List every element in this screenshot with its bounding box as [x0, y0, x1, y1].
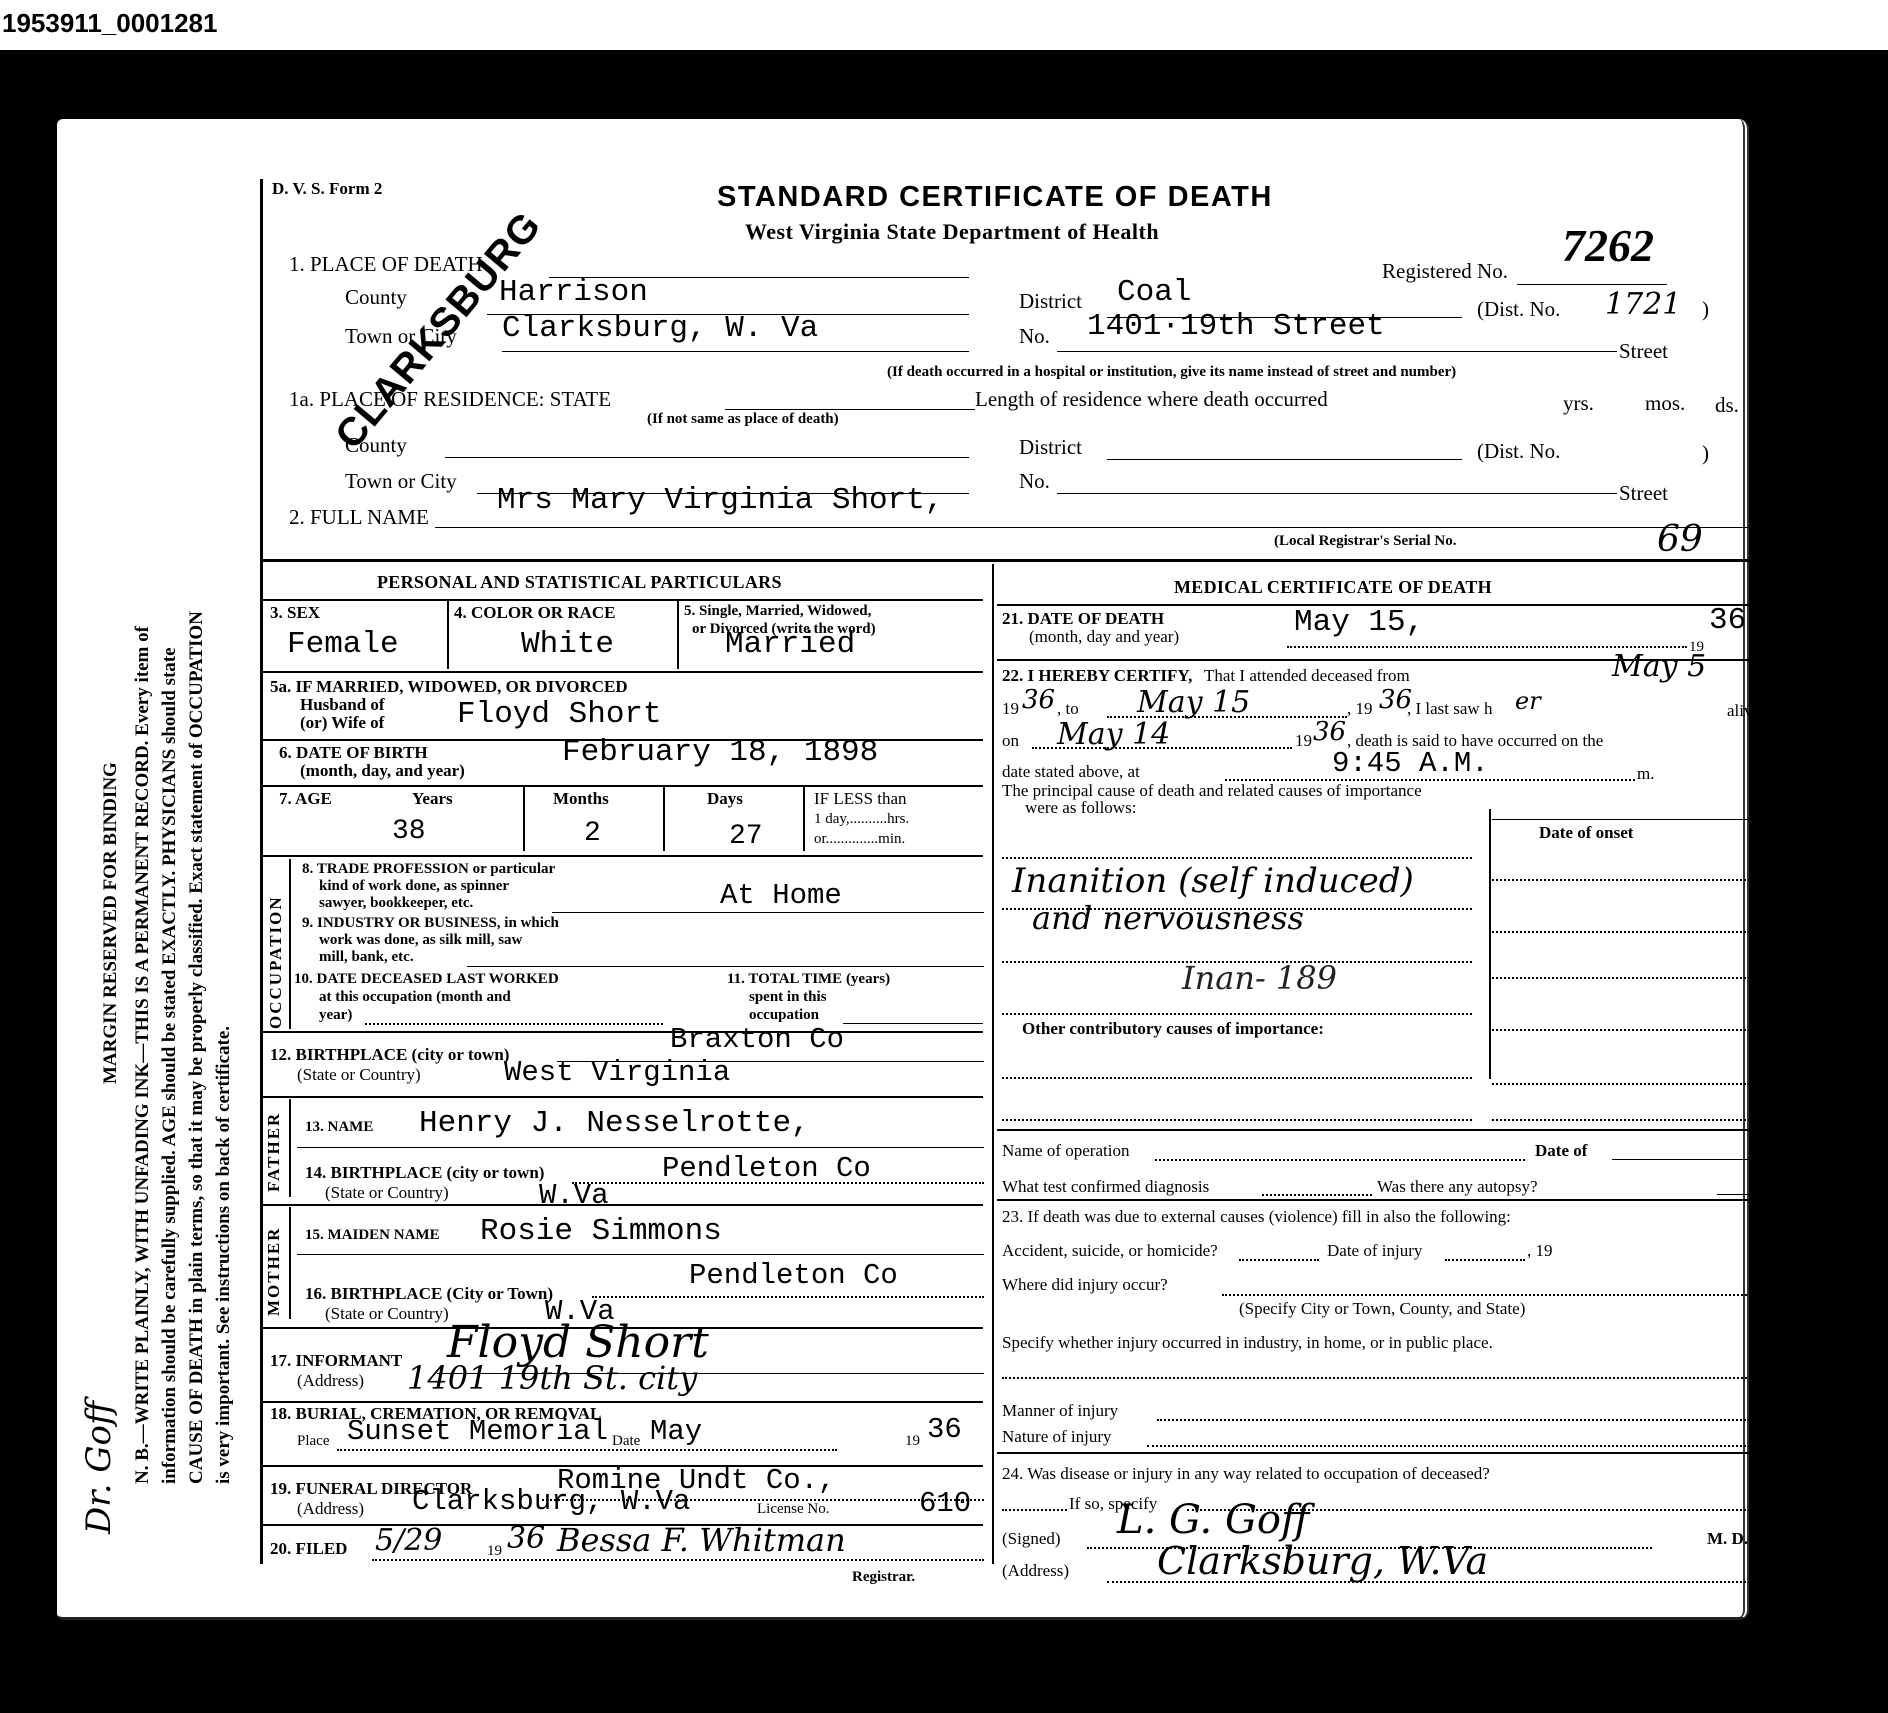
spouse-value[interactable]: Floyd Short: [457, 697, 662, 732]
last-worked-label-1: 10. DATE DECEASED LAST WORKED: [294, 971, 559, 988]
spouse-heading: 5a. IF MARRIED, WIDOWED, OR DIVORCED: [270, 677, 628, 697]
age-less-label-3: or..............min.: [814, 831, 905, 848]
residence-mos: mos.: [1645, 391, 1685, 416]
row-rule-3: [263, 785, 983, 787]
age-years-label: Years: [412, 789, 453, 809]
manner-label: Manner of injury: [1002, 1401, 1118, 1421]
trade-label-1: 8. TRADE PROFESSION or particular: [302, 861, 555, 878]
dob-value[interactable]: February 18, 1898: [562, 735, 878, 770]
age-divider-2: [663, 787, 665, 851]
accident-label: Accident, suicide, or homicide?: [1002, 1241, 1218, 1261]
dod-line: [1287, 646, 1687, 648]
onset-line-1: [1492, 879, 1782, 881]
full-name-label: 2. FULL NAME: [289, 505, 429, 530]
spouse-label-1: Husband of: [300, 695, 385, 715]
pod-street-value[interactable]: 1401·19th Street: [1087, 309, 1385, 344]
funeral-license-label: License No.: [757, 1501, 829, 1518]
cert-line2-19a: 19: [1002, 699, 1019, 719]
certify-text: That I attended deceased from: [1204, 666, 1410, 686]
medical-row-rule-2: [997, 1129, 1782, 1131]
other-cause-line-2: [1002, 1119, 1472, 1121]
mother-maiden-value[interactable]: Rosie Simmons: [480, 1214, 722, 1249]
injury-date-line: [1445, 1259, 1525, 1261]
filed-date[interactable]: 5/29: [375, 1523, 442, 1558]
age-label: 7. AGE: [279, 789, 332, 809]
birthplace-label: 12. BIRTHPLACE (city or town): [270, 1045, 509, 1065]
onset-label: Date of onset: [1539, 823, 1633, 843]
last-worked-label-3: year): [319, 1007, 352, 1024]
father-birthplace-state[interactable]: W.Va: [539, 1179, 609, 1212]
burial-year-value[interactable]: 36: [927, 1413, 962, 1446]
row-rule-5: [263, 1031, 983, 1033]
trade-value[interactable]: At Home: [720, 879, 842, 912]
residence-dist-no-close: ): [1702, 441, 1709, 466]
onset-column-rule: [1489, 809, 1491, 1079]
residence-county-label: County: [345, 433, 407, 458]
father-name-value[interactable]: Henry J. Nesselrotte,: [419, 1106, 810, 1141]
test-line: [1262, 1194, 1372, 1196]
burial-place-value[interactable]: Sunset Memorial: [347, 1415, 608, 1448]
sex-race-divider: [447, 601, 449, 669]
form-title: STANDARD CERTIFICATE OF DEATH: [717, 181, 1273, 214]
nature-line: [1147, 1445, 1762, 1447]
residence-town-label: Town or City: [345, 469, 457, 494]
pod-town-label: Town or City: [345, 324, 457, 349]
industry-line: [467, 966, 984, 967]
residence-no-line: [1057, 493, 1617, 494]
pod-street-line: [1057, 351, 1617, 352]
pod-county-value[interactable]: Harrison: [499, 275, 648, 310]
trade-label-2: kind of work done, as spinner: [319, 878, 509, 895]
certify-label: 22. I HEREBY CERTIFY,: [1002, 666, 1192, 686]
personal-heading-rule: [263, 599, 983, 601]
autopsy-label: Was there any autopsy?: [1377, 1177, 1538, 1197]
informant-address[interactable]: 1401 19th St. city: [407, 1359, 697, 1397]
autopsy-line: [1717, 1194, 1762, 1195]
funeral-address[interactable]: Clarksburg, W.Va: [412, 1485, 690, 1518]
registered-no-label: Registered No.: [1382, 259, 1508, 284]
burial-place-label: Place: [297, 1433, 329, 1450]
father-birthplace-sub: (State or Country): [325, 1183, 449, 1203]
burial-date-value[interactable]: May: [650, 1415, 702, 1448]
race-marital-divider: [677, 601, 679, 669]
filed-year[interactable]: 36: [507, 1521, 545, 1556]
burial-place-line: [337, 1449, 837, 1451]
pod-dist-no-label: (Dist. No.: [1477, 297, 1560, 322]
residence-note: (If not same as place of death): [647, 411, 839, 428]
funeral-address-label: (Address): [297, 1499, 364, 1519]
serial-no-value[interactable]: 69: [1657, 519, 1703, 560]
document-id: 1953911_0001281: [2, 8, 217, 39]
mother-birthplace-label: 16. BIRTHPLACE (City or Town): [305, 1284, 553, 1304]
father-name-line: [297, 1147, 984, 1148]
total-time-label-1: 11. TOTAL TIME (years): [727, 971, 890, 988]
onset-line-4: [1492, 1029, 1782, 1031]
attended-from[interactable]: May 5: [1612, 649, 1706, 684]
marital-value[interactable]: Married: [725, 627, 855, 662]
industry-label-2: work was done, as silk mill, saw: [319, 932, 522, 949]
mother-maiden-label: 15. MAIDEN NAME: [305, 1227, 440, 1244]
signed-label: (Signed): [1002, 1529, 1061, 1549]
dod-value[interactable]: May 15,: [1294, 605, 1424, 640]
sex-label: 3. SEX: [270, 603, 320, 623]
burial-year-prefix: 19: [905, 1433, 920, 1450]
full-name-value[interactable]: Mrs Mary Virginia Short,: [497, 483, 943, 518]
row-rule-9: [263, 1401, 983, 1403]
last-saw-year[interactable]: 36: [1313, 717, 1346, 747]
age-days-value[interactable]: 27: [729, 821, 763, 852]
total-time-line: [843, 1023, 983, 1024]
occupation-side-label: OCCUPATION: [266, 895, 286, 1029]
sex-value[interactable]: Female: [287, 627, 399, 662]
cause-line-2-value[interactable]: and nervousness: [1032, 899, 1304, 937]
injury-date-label: Date of injury: [1327, 1241, 1422, 1261]
margin-instruction-line-3: CAUSE OF DEATH in plain terms, so that i…: [186, 611, 208, 1484]
full-name-line: [435, 527, 1780, 528]
age-divider-3: [803, 787, 805, 851]
last-saw-label: , I last saw h: [1407, 699, 1492, 719]
birthplace-city-value[interactable]: Braxton Co: [670, 1023, 844, 1056]
total-time-label-3: occupation: [749, 1007, 819, 1024]
form-code: D. V. S. Form 2: [272, 179, 382, 199]
pod-hospital-note: (If death occurred in a hospital or inst…: [887, 364, 1456, 381]
birthplace-state-value[interactable]: West Virginia: [504, 1056, 730, 1089]
md-label: M. D.: [1707, 1529, 1748, 1549]
pod-town-value[interactable]: Clarksburg, W. Va: [502, 311, 818, 346]
row-rule-6: [263, 1096, 983, 1098]
registered-no-line: [1517, 284, 1667, 285]
occupation-side-rule: [289, 859, 291, 1029]
operation-line: [1155, 1159, 1525, 1161]
pod-district-label: District: [1019, 289, 1082, 314]
residence-district-line: [1107, 459, 1462, 460]
nature-label: Nature of injury: [1002, 1427, 1112, 1447]
informant-address-label: (Address): [297, 1371, 364, 1391]
mother-maiden-line: [297, 1254, 984, 1255]
physician-address-label: (Address): [1002, 1561, 1069, 1581]
manner-line: [1157, 1419, 1762, 1421]
margin-annotation: Dr. Goff: [79, 1401, 119, 1534]
serial-no-label: (Local Registrar's Serial No.: [1274, 533, 1456, 550]
filed-line: [372, 1559, 984, 1561]
row-rule-4: [263, 855, 983, 857]
operation-date-line: [1612, 1159, 1762, 1160]
dod-label: 21. DATE OF DEATH: [1002, 609, 1164, 629]
personal-heading: PERSONAL AND STATISTICAL PARTICULARS: [377, 572, 782, 593]
specify-line: [1002, 1377, 1762, 1379]
residence-county-line: [445, 457, 969, 458]
race-value[interactable]: White: [521, 627, 614, 662]
physician-address: Clarksburg, W.Va: [1157, 1539, 1488, 1583]
race-label: 4. COLOR OR RACE: [454, 603, 616, 623]
trade-label-3: sawyer, bookkeeper, etc.: [319, 895, 473, 912]
industry-label-3: mill, bank, etc.: [319, 949, 414, 966]
residence-state-line: [725, 409, 975, 410]
margin-instruction-line-1: N. B.—WRITE PLAINLY, WITH UNFADING INK—T…: [132, 626, 154, 1484]
age-months-value[interactable]: 2: [584, 818, 601, 849]
form-left-border: [260, 179, 263, 1564]
registrar-signature: Bessa F. Whitman: [557, 1521, 846, 1559]
onset-line-5: [1492, 1083, 1782, 1085]
spouse-label-2: (or) Wife of: [300, 713, 384, 733]
age-months-label: Months: [553, 789, 609, 809]
physician-address-line: [1107, 1581, 1762, 1583]
pod-county-label: County: [345, 285, 407, 310]
specify-label: Specify whether injury occurred in indus…: [1002, 1333, 1493, 1353]
dod-year[interactable]: 36: [1709, 603, 1746, 638]
cause-line-1-value[interactable]: Inanition (self induced): [1012, 861, 1414, 901]
last-saw-pronoun[interactable]: er: [1515, 687, 1541, 715]
dob-label: 6. DATE OF BIRTH: [279, 743, 428, 763]
place-of-death-label: 1. PLACE OF DEATH: [289, 252, 483, 277]
medical-heading: MEDICAL CERTIFICATE OF DEATH: [1174, 577, 1492, 598]
last-worked-label-2: at this occupation (month and: [319, 989, 511, 1006]
death-certificate-page: MARGIN RESERVED FOR BINDING N. B.—WRITE …: [57, 119, 1749, 1620]
pod-dist-no-close: ): [1702, 297, 1709, 322]
trade-line: [552, 912, 984, 913]
cause-code: Inan- 189: [1182, 959, 1337, 997]
pod-street-label: Street: [1619, 339, 1668, 364]
physician-signature: L. G. Goff: [1117, 1497, 1309, 1543]
external-label: 23. If death was due to external causes …: [1002, 1207, 1511, 1227]
residence-length-label: Length of residence where death occurred: [975, 387, 1328, 412]
mother-birthplace-sub: (State or Country): [325, 1304, 449, 1324]
residence-label: 1a. PLACE OF RESIDENCE: STATE: [289, 387, 611, 412]
margin-instruction-line-2: information should be carefully supplied…: [159, 647, 181, 1484]
informant-label: 17. INFORMANT: [270, 1351, 402, 1371]
father-birthplace-city[interactable]: Pendleton Co: [662, 1152, 871, 1185]
where-line: [1222, 1294, 1762, 1296]
cause-line-4: [1002, 1013, 1472, 1015]
age-days-label: Days: [707, 789, 743, 809]
cause-line-1: [1002, 857, 1472, 859]
dob-sub-label: (month, day, and year): [300, 761, 465, 781]
cert-to-label: , to: [1057, 699, 1079, 719]
residence-ds: ds.: [1715, 393, 1739, 418]
mother-side-label: MOTHER: [264, 1227, 284, 1316]
attended-to[interactable]: May 15: [1137, 685, 1250, 720]
where-label: Where did injury occur?: [1002, 1275, 1168, 1295]
registered-number: 7262: [1562, 219, 1654, 272]
serial-no-close: ): [1767, 531, 1774, 556]
medical-row-rule-4: [997, 1452, 1782, 1454]
filed-label: 20. FILED: [270, 1539, 347, 1559]
pod-no-label: No.: [1019, 324, 1050, 349]
mother-side-rule: [289, 1207, 291, 1319]
time-suffix: m.: [1637, 764, 1654, 784]
age-less-label-1: IF LESS than: [814, 789, 907, 809]
attended-from-year[interactable]: 36: [1022, 685, 1055, 715]
filed-year-prefix: 19: [487, 1543, 502, 1560]
cert-line3-19: 19: [1295, 731, 1312, 751]
operation-label: Name of operation: [1002, 1141, 1129, 1161]
total-time-label-2: spent in this: [749, 989, 827, 1006]
alive-label: alive: [1727, 701, 1760, 721]
occ-related-answer-line: [1002, 1509, 1067, 1511]
residence-street-label: Street: [1619, 481, 1668, 506]
birthplace-sub-label: (State or Country): [297, 1065, 421, 1085]
burial-date-label: Date: [612, 1433, 640, 1450]
industry-label-1: 9. INDUSTRY OR BUSINESS, in which: [302, 915, 559, 932]
residence-district-label: District: [1019, 435, 1082, 460]
age-divider-1: [523, 787, 525, 851]
injury-year-label: , 19: [1527, 1241, 1553, 1261]
father-birthplace-label: 14. BIRTHPLACE (city or town): [305, 1163, 544, 1183]
residence-dist-no-label: (Dist. No.: [1477, 439, 1560, 464]
age-years-value[interactable]: 38: [392, 816, 426, 847]
dod-sub-label: (month, day and year): [1029, 627, 1179, 647]
father-birthplace-line: [572, 1182, 984, 1184]
row-rule-7: [263, 1204, 983, 1206]
father-name-label: 13. NAME: [305, 1119, 373, 1136]
marital-label: 5. Single, Married, Widowed,: [684, 603, 871, 620]
operation-date-label: Date of: [1535, 1141, 1587, 1161]
other-cause-line-1: [1002, 1077, 1472, 1079]
image-header-bar: 1953911_0001281: [0, 0, 1888, 50]
father-side-rule: [289, 1099, 291, 1197]
pod-town-line: [502, 351, 969, 352]
margin-instruction-line-4: is very important. See instructions on b…: [213, 1026, 235, 1484]
father-side-label: FATHER: [264, 1112, 284, 1192]
onset-line-2: [1492, 931, 1782, 933]
test-label: What test confirmed diagnosis: [1002, 1177, 1209, 1197]
onset-line-6: [1492, 1119, 1782, 1121]
age-less-label-2: 1 day,..........hrs.: [814, 811, 909, 828]
funeral-license[interactable]: 610: [919, 1487, 971, 1520]
where-sub-label: (Specify City or Town, County, and State…: [1239, 1299, 1525, 1319]
margin-binding-note: MARGIN RESERVED FOR BINDING: [100, 762, 122, 1084]
last-saw-date-line: [1032, 747, 1292, 749]
mother-birthplace-line: [592, 1296, 984, 1298]
pod-dist-no-value[interactable]: 1721: [1605, 287, 1681, 322]
onset-header-line: [1492, 819, 1782, 820]
residence-no-label: No.: [1019, 469, 1050, 494]
on-label: on: [1002, 731, 1019, 751]
cert-line2-19b: , 19: [1347, 699, 1373, 719]
time-label: date stated above, at: [1002, 762, 1140, 782]
registrar-label: Registrar.: [852, 1569, 915, 1586]
column-divider: [992, 564, 994, 1564]
row-rule-1: [263, 671, 983, 673]
other-causes-label: Other contributory causes of importance:: [1022, 1019, 1324, 1039]
medical-row-rule-3: [997, 1199, 1782, 1201]
last-worked-line: [365, 1023, 663, 1025]
occ-related-label: 24. Was disease or injury in any way rel…: [1002, 1464, 1490, 1484]
residence-yrs: yrs.: [1563, 391, 1594, 416]
onset-line-3: [1492, 977, 1782, 979]
section-divider: [263, 559, 1783, 562]
accident-line: [1239, 1259, 1319, 1261]
pod-district-value[interactable]: Coal: [1117, 275, 1191, 310]
time-value[interactable]: 9:45 A.M.: [1332, 747, 1489, 780]
form-subtitle: West Virginia State Department of Health: [745, 219, 1159, 245]
mother-birthplace-city[interactable]: Pendleton Co: [689, 1259, 898, 1292]
cause-intro-2: were as follows:: [1025, 798, 1136, 818]
